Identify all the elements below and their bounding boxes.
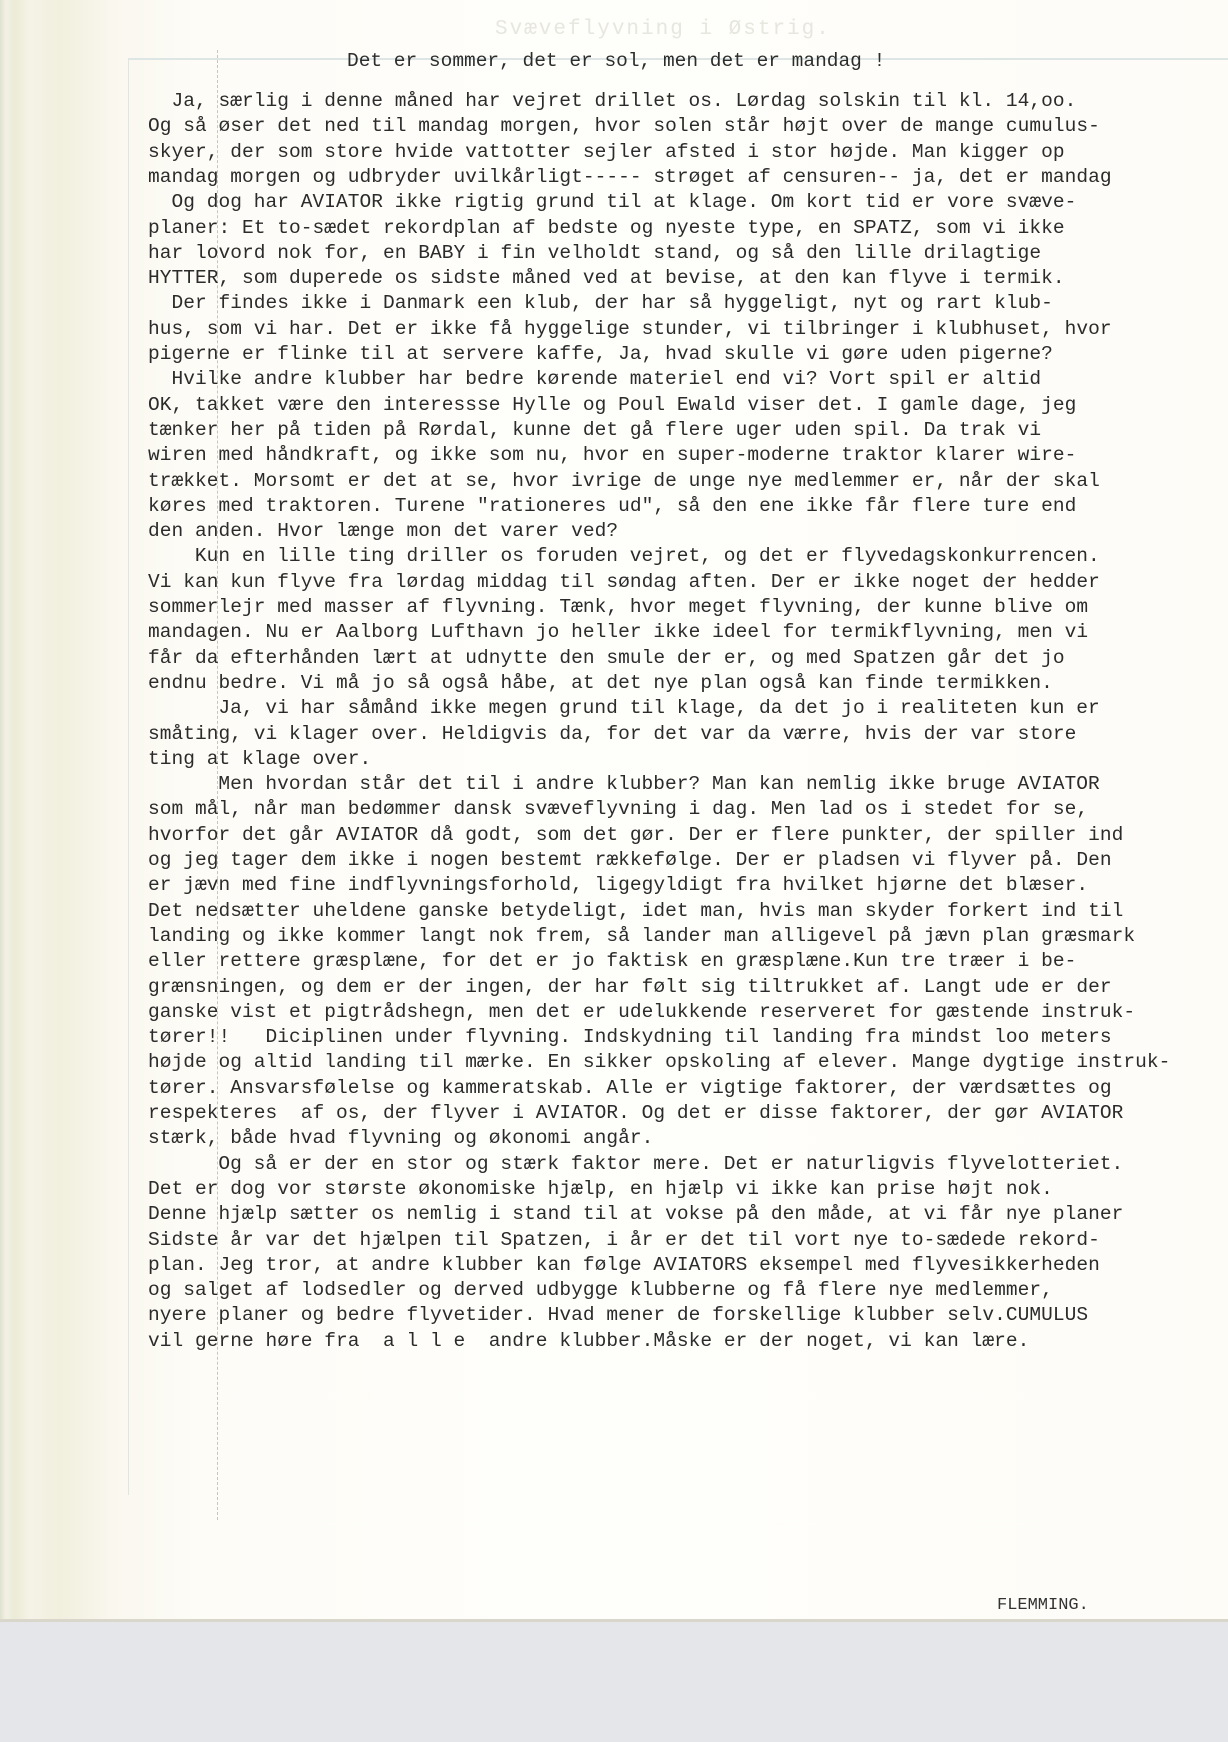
text-line: vil gerne høre fra a l l e andre klubber… [148, 1330, 1029, 1352]
text-line: HYTTER, som duperede os sidste måned ved… [148, 267, 1065, 289]
page-edge-shadow [0, 0, 40, 1622]
text-line: køres med traktoren. Turene "rationeres … [148, 495, 1076, 517]
text-line: Denne hjælp sætter os nemlig i stand til… [148, 1203, 1123, 1225]
text-line: Det nedsætter uheldene ganske betydeligt… [148, 900, 1123, 922]
text-line: sommerlejr med masser af flyvning. Tænk,… [148, 596, 1088, 618]
text-line: tører!! Diciplinen under flyvning. Indsk… [148, 1026, 1112, 1048]
document-title: Det er sommer, det er sol, men det er ma… [347, 50, 885, 72]
text-line: Men hvordan står det til i andre klubber… [218, 773, 1099, 795]
text-line: landing og ikke kommer langt nok frem, s… [148, 925, 1135, 947]
text-line: Det er dog vor største økonomiske hjælp,… [148, 1178, 1053, 1200]
text-line: og salget af lodsedler og derved udbygge… [148, 1279, 1053, 1301]
text-line: plan. Jeg tror, at andre klubber kan føl… [148, 1254, 1100, 1276]
text-line: ting at klage over. [148, 748, 371, 770]
scanned-page: Svæveflyvning i Østrig. Det er sommer, d… [0, 0, 1228, 1622]
text-line: højde og altid landing til mærke. En sik… [148, 1051, 1170, 1073]
text-line: mandagen. Nu er Aalborg Lufthavn jo hell… [148, 621, 1088, 643]
text-line: trækket. Morsomt er det at se, hvor ivri… [148, 470, 1100, 492]
text-line: Der findes ikke i Danmark een klub, der … [171, 292, 1052, 314]
text-line: Vi kan kun flyve fra lørdag middag til s… [148, 571, 1100, 593]
text-line: eller rettere græsplæne, for det er jo f… [148, 950, 1076, 972]
text-line: og jeg tager dem ikke i nogen bestemt ræ… [148, 849, 1112, 871]
text-line: Og dog har AVIATOR ikke rigtig grund til… [171, 191, 1076, 213]
text-line: Og så øser det ned til mandag morgen, hv… [148, 115, 1100, 137]
text-line: tænker her på tiden på Rørdal, kunne det… [148, 419, 1041, 441]
text-line: Hvilke andre klubber har bedre kørende m… [171, 368, 1041, 390]
text-line: mandag morgen og udbryder uvilkårligt---… [148, 166, 1112, 188]
text-line: planer: Et to-sædet rekordplan af bedste… [148, 217, 1065, 239]
text-line: stærk, både hvad flyvning og økonomi ang… [148, 1127, 653, 1149]
signature: FLEMMING. [997, 1596, 1089, 1615]
text-line: OK, takket være den interessse Hylle og … [148, 394, 1076, 416]
text-line: Og så er der en stor og stærk faktor mer… [218, 1153, 1123, 1175]
text-line: tører. Ansvarsfølelse og kammeratskab. A… [148, 1077, 1112, 1099]
text-line: som mål, når man bedømmer dansk svævefly… [148, 798, 1088, 820]
text-line: småting, vi klager over. Heldigvis da, f… [148, 723, 1076, 745]
text-line: respekteres af os, der flyver i AVIATOR.… [148, 1102, 1123, 1124]
text-line: har lovord nok for, en BABY i fin velhol… [148, 242, 1041, 264]
text-line: ganske vist et pigtrådshegn, men det er … [148, 1001, 1135, 1023]
text-line: grænsningen, og dem er der ingen, der ha… [148, 976, 1112, 998]
text-line: pigerne er flinke til at servere kaffe, … [148, 343, 1053, 365]
text-line: nyere planer og bedre flyvetider. Hvad m… [148, 1304, 1088, 1326]
text-line: Ja, særlig i denne måned har vejret dril… [171, 90, 1076, 112]
text-line: Sidste år var det hjælpen til Spatzen, i… [148, 1229, 1100, 1251]
bleed-through-heading: Svæveflyvning i Østrig. [495, 18, 831, 41]
text-line: endnu bedre. Vi må jo så også håbe, at d… [148, 672, 1053, 694]
text-line: Kun en lille ting driller os foruden vej… [195, 545, 1100, 567]
text-line: wiren med håndkraft, og ikke som nu, hvo… [148, 444, 1076, 466]
text-line: hus, som vi har. Det er ikke få hyggelig… [148, 318, 1112, 340]
text-line: hvorfor det går AVIATOR då godt, som det… [148, 824, 1123, 846]
text-line: er jævn med fine indflyvningsforhold, li… [148, 874, 1088, 896]
text-line: får da efterhånden lært at udnytte den s… [148, 647, 1065, 669]
text-line: skyer, der som store hvide vattotter sej… [148, 141, 1065, 163]
text-line: Ja, vi har såmånd ikke megen grund til k… [218, 697, 1099, 719]
text-line: den anden. Hvor længe mon det varer ved? [148, 520, 618, 542]
